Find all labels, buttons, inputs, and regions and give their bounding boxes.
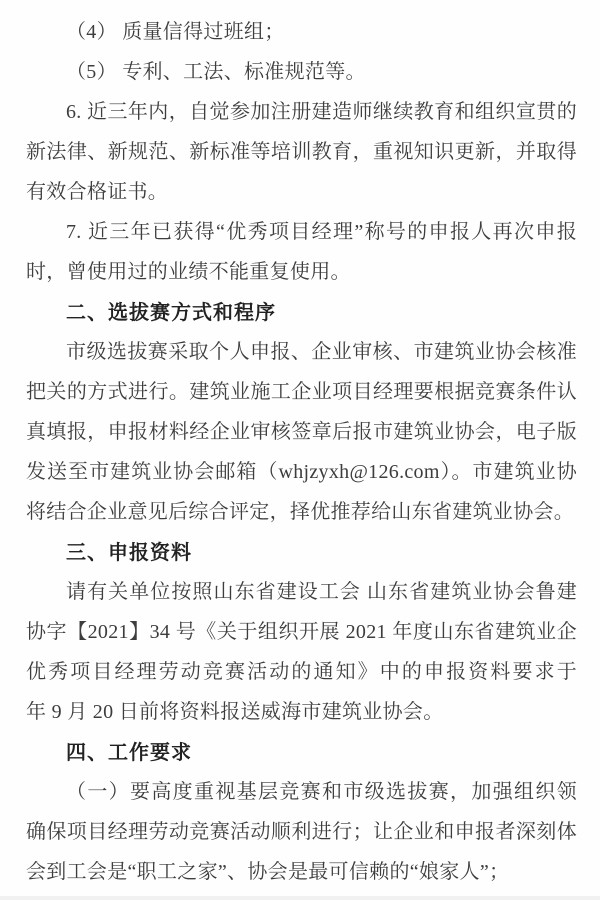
doc-line: 优秀项目经理劳动竞赛活动的通知》中的申报资料要求于 2021	[26, 652, 577, 692]
doc-line: 年 9 月 20 日前将资料报送威海市建筑业协会。	[26, 692, 577, 732]
doc-line: 会到工会是“职工之家”、协会是最可信赖的“娘家人”；	[26, 852, 577, 892]
doc-line: 新法律、新规范、新标准等培训教育，重视知识更新，并取得	[26, 132, 577, 172]
doc-line: 有效合格证书。	[26, 172, 577, 212]
section-heading-3: 三、申报资料	[26, 532, 577, 572]
doc-line-clause-6: 6. 近三年内，自觉参加注册建造师继续教育和组织宣贯的	[26, 92, 577, 132]
doc-line-list-item-5: （5） 专利、工法、标准规范等。	[26, 52, 577, 92]
section-heading-4: 四、工作要求	[26, 732, 577, 772]
doc-line: 将结合企业意见后综合评定，择优推荐给山东省建筑业协会。	[26, 492, 577, 532]
doc-line: 确保项目经理劳动竞赛活动顺利进行；让企业和申报者深刻体	[26, 812, 577, 852]
doc-line: 市级选拔赛采取个人申报、企业审核、市建筑业协会核准	[26, 332, 577, 372]
doc-line-item-one: （一）要高度重视基层竞赛和市级选拔赛，加强组织领导，	[26, 772, 577, 812]
document-page: （4） 质量信得过班组； （5） 专利、工法、标准规范等。 6. 近三年内，自觉…	[0, 0, 600, 900]
doc-line: 协字【2021】34 号《关于组织开展 2021 年度山东省建筑业企业	[26, 612, 577, 652]
doc-line: 把关的方式进行。建筑业施工企业项目经理要根据竞赛条件认	[26, 372, 577, 412]
doc-line: 请有关单位按照山东省建设工会 山东省建筑业协会鲁建	[26, 572, 577, 612]
page-bottom-edge	[0, 896, 600, 900]
doc-line-email: 发送至市建筑业协会邮箱（whjzyxh@126.com）。市建筑业协会	[26, 452, 577, 492]
doc-line-list-item-4: （4） 质量信得过班组；	[26, 12, 577, 52]
doc-line: 时，曾使用过的业绩不能重复使用。	[26, 252, 577, 292]
doc-line: 真填报，申报材料经企业审核签章后报市建筑业协会，电子版	[26, 412, 577, 452]
doc-line-clause-7: 7. 近三年已获得“优秀项目经理”称号的申报人再次申报	[26, 212, 577, 252]
section-heading-2: 二、选拔赛方式和程序	[26, 292, 577, 332]
document-body: （4） 质量信得过班组； （5） 专利、工法、标准规范等。 6. 近三年内，自觉…	[26, 12, 577, 892]
